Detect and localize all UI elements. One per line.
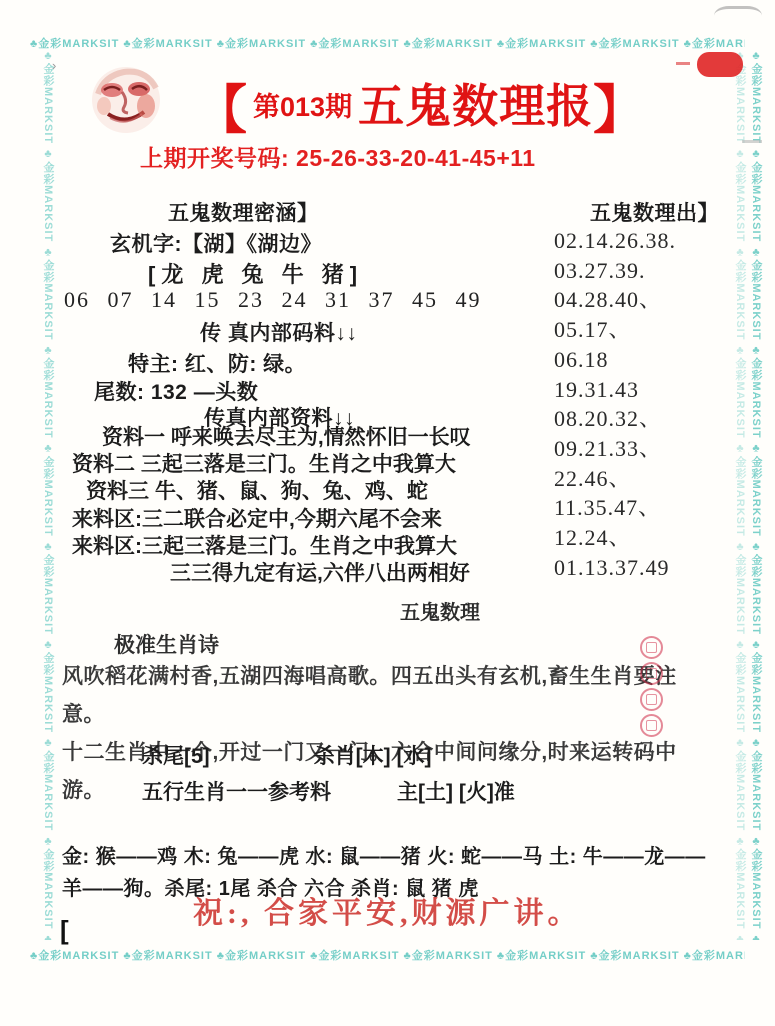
issue-number: 第013期: [253, 92, 352, 122]
list-item: 12.24、: [554, 523, 676, 553]
kill-tail: 杀尾[5]: [142, 745, 210, 768]
last-draw-numbers: 上期开奖号码: 25-26-33-20-41-45+11: [140, 140, 620, 173]
gray-arc-artifact: [714, 6, 762, 25]
poem-title: 极准生肖诗: [114, 629, 219, 659]
list-item: 资料二 三起三落是三门。生肖之中我算大: [72, 451, 632, 478]
laughing-face-logo: [84, 58, 168, 140]
list-item: 06.18: [554, 345, 676, 375]
list-item: 02.14.26.38.: [554, 226, 676, 256]
fax-code-line: 传 真内部码料↓↓: [200, 317, 357, 347]
special-color-line: 特主: 红、防: 绿。: [128, 348, 306, 378]
list-item: 03.27.39.: [554, 256, 676, 286]
lucky-numbers-row: 06 07 14 15 23 24 31 37 45 49: [64, 287, 482, 313]
list-item: 09.21.33、: [554, 434, 676, 464]
list-item: 19.31.43: [554, 375, 676, 405]
section-title: 五鬼数理: [400, 596, 480, 625]
list-item: 来料区:三二联合必定中,今期六尾不会来: [72, 506, 632, 533]
kill-zodiac: 杀肖[木] [水]: [314, 745, 432, 768]
right-column-heading: 五鬼数理出】: [590, 197, 719, 227]
list-item: 08.20.32、: [554, 404, 676, 434]
newspaper-page: ♣金彩MARKSIT ♣金彩MARKSIT ♣金彩MARKSIT ♣金彩MARK…: [0, 0, 775, 1026]
border-right-ornament: ♣金彩MARKSIT ♣金彩MARKSIT ♣金彩MARKSIT ♣金彩MARK…: [748, 50, 763, 940]
kill-row-1: 杀尾[5]杀肖[木] [水]: [142, 740, 431, 770]
main-elements: 主[土] [火]准: [397, 781, 515, 804]
kill-row-2: 五行生肖一一参考料主[土] [火]准: [142, 776, 515, 806]
left-column-heading: 五鬼数理密涵】: [168, 197, 319, 227]
list-item: 风吹稻花满村香,五湖四海唱高歌。四五出头有玄机,畜生生肖要注意。: [62, 658, 692, 734]
number-groups-list: 02.14.26.38.03.27.39.04.28.40、05.17、06.1…: [554, 226, 676, 582]
data-lines-list: 资料一 呼来唤去尽主为,情然怀旧一长叹资料二 三起三落是三门。生肖之中我算大资料…: [72, 424, 632, 587]
left-tick-artifact: ›: [52, 58, 56, 73]
list-item: 资料一 呼来唤去尽主为,情然怀旧一长叹: [72, 424, 632, 451]
border-top-ornament: ♣金彩MARKSIT ♣金彩MARKSIT ♣金彩MARKSIT ♣金彩MARK…: [30, 36, 745, 52]
mystic-word-line: 玄机字:【湖】《湖边》: [110, 228, 322, 258]
list-item: 资料三 牛、猪、鼠、狗、兔、鸡、蛇: [72, 478, 632, 505]
list-item: 04.28.40、: [554, 285, 676, 315]
gray-dash-artifact: [742, 140, 762, 143]
zodiac-list-line: [龙 虎 兔 牛 猪]: [148, 258, 363, 289]
red-dash-artifact: [676, 62, 690, 65]
list-item: 来料区:三起三落是三门。生肖之中我算大: [72, 533, 632, 560]
title-bracket-close: 】: [593, 82, 645, 140]
paper-title: 五鬼数理报: [358, 81, 593, 132]
elements-pairing-line-1: 金: 猴——鸡 木: 兔——虎 水: 鼠——猪 火: 蛇——马 土: 牛——龙—…: [62, 840, 706, 869]
red-blob-artifact: [697, 52, 743, 77]
list-item: 22.46、: [554, 464, 676, 494]
red-seal-icon: [636, 636, 666, 746]
list-item: 11.35.47、: [554, 493, 676, 523]
list-item: 01.13.37.49: [554, 553, 676, 583]
list-item: 三三得九定有运,六伴八出两相好: [72, 560, 632, 587]
masthead-title: 【第013期五鬼数理报】: [195, 68, 595, 143]
border-right-inner-ornament: ♣金彩MARKSIT ♣金彩MARKSIT ♣金彩MARKSIT ♣金彩MARK…: [732, 50, 747, 940]
five-elements-ref: 五行生肖一一参考料: [142, 781, 331, 804]
blessing-line: 祝:, 合家平安,财源广讲。: [193, 888, 582, 932]
list-item: 05.17、: [554, 315, 676, 345]
border-bottom-ornament: ♣金彩MARKSIT ♣金彩MARKSIT ♣金彩MARKSIT ♣金彩MARK…: [30, 948, 745, 964]
border-left-ornament: ♣金彩MARKSIT ♣金彩MARKSIT ♣金彩MARKSIT ♣金彩MARK…: [40, 50, 55, 940]
corner-bracket-mark: [: [60, 915, 69, 946]
title-bracket-open: 【: [195, 82, 247, 140]
